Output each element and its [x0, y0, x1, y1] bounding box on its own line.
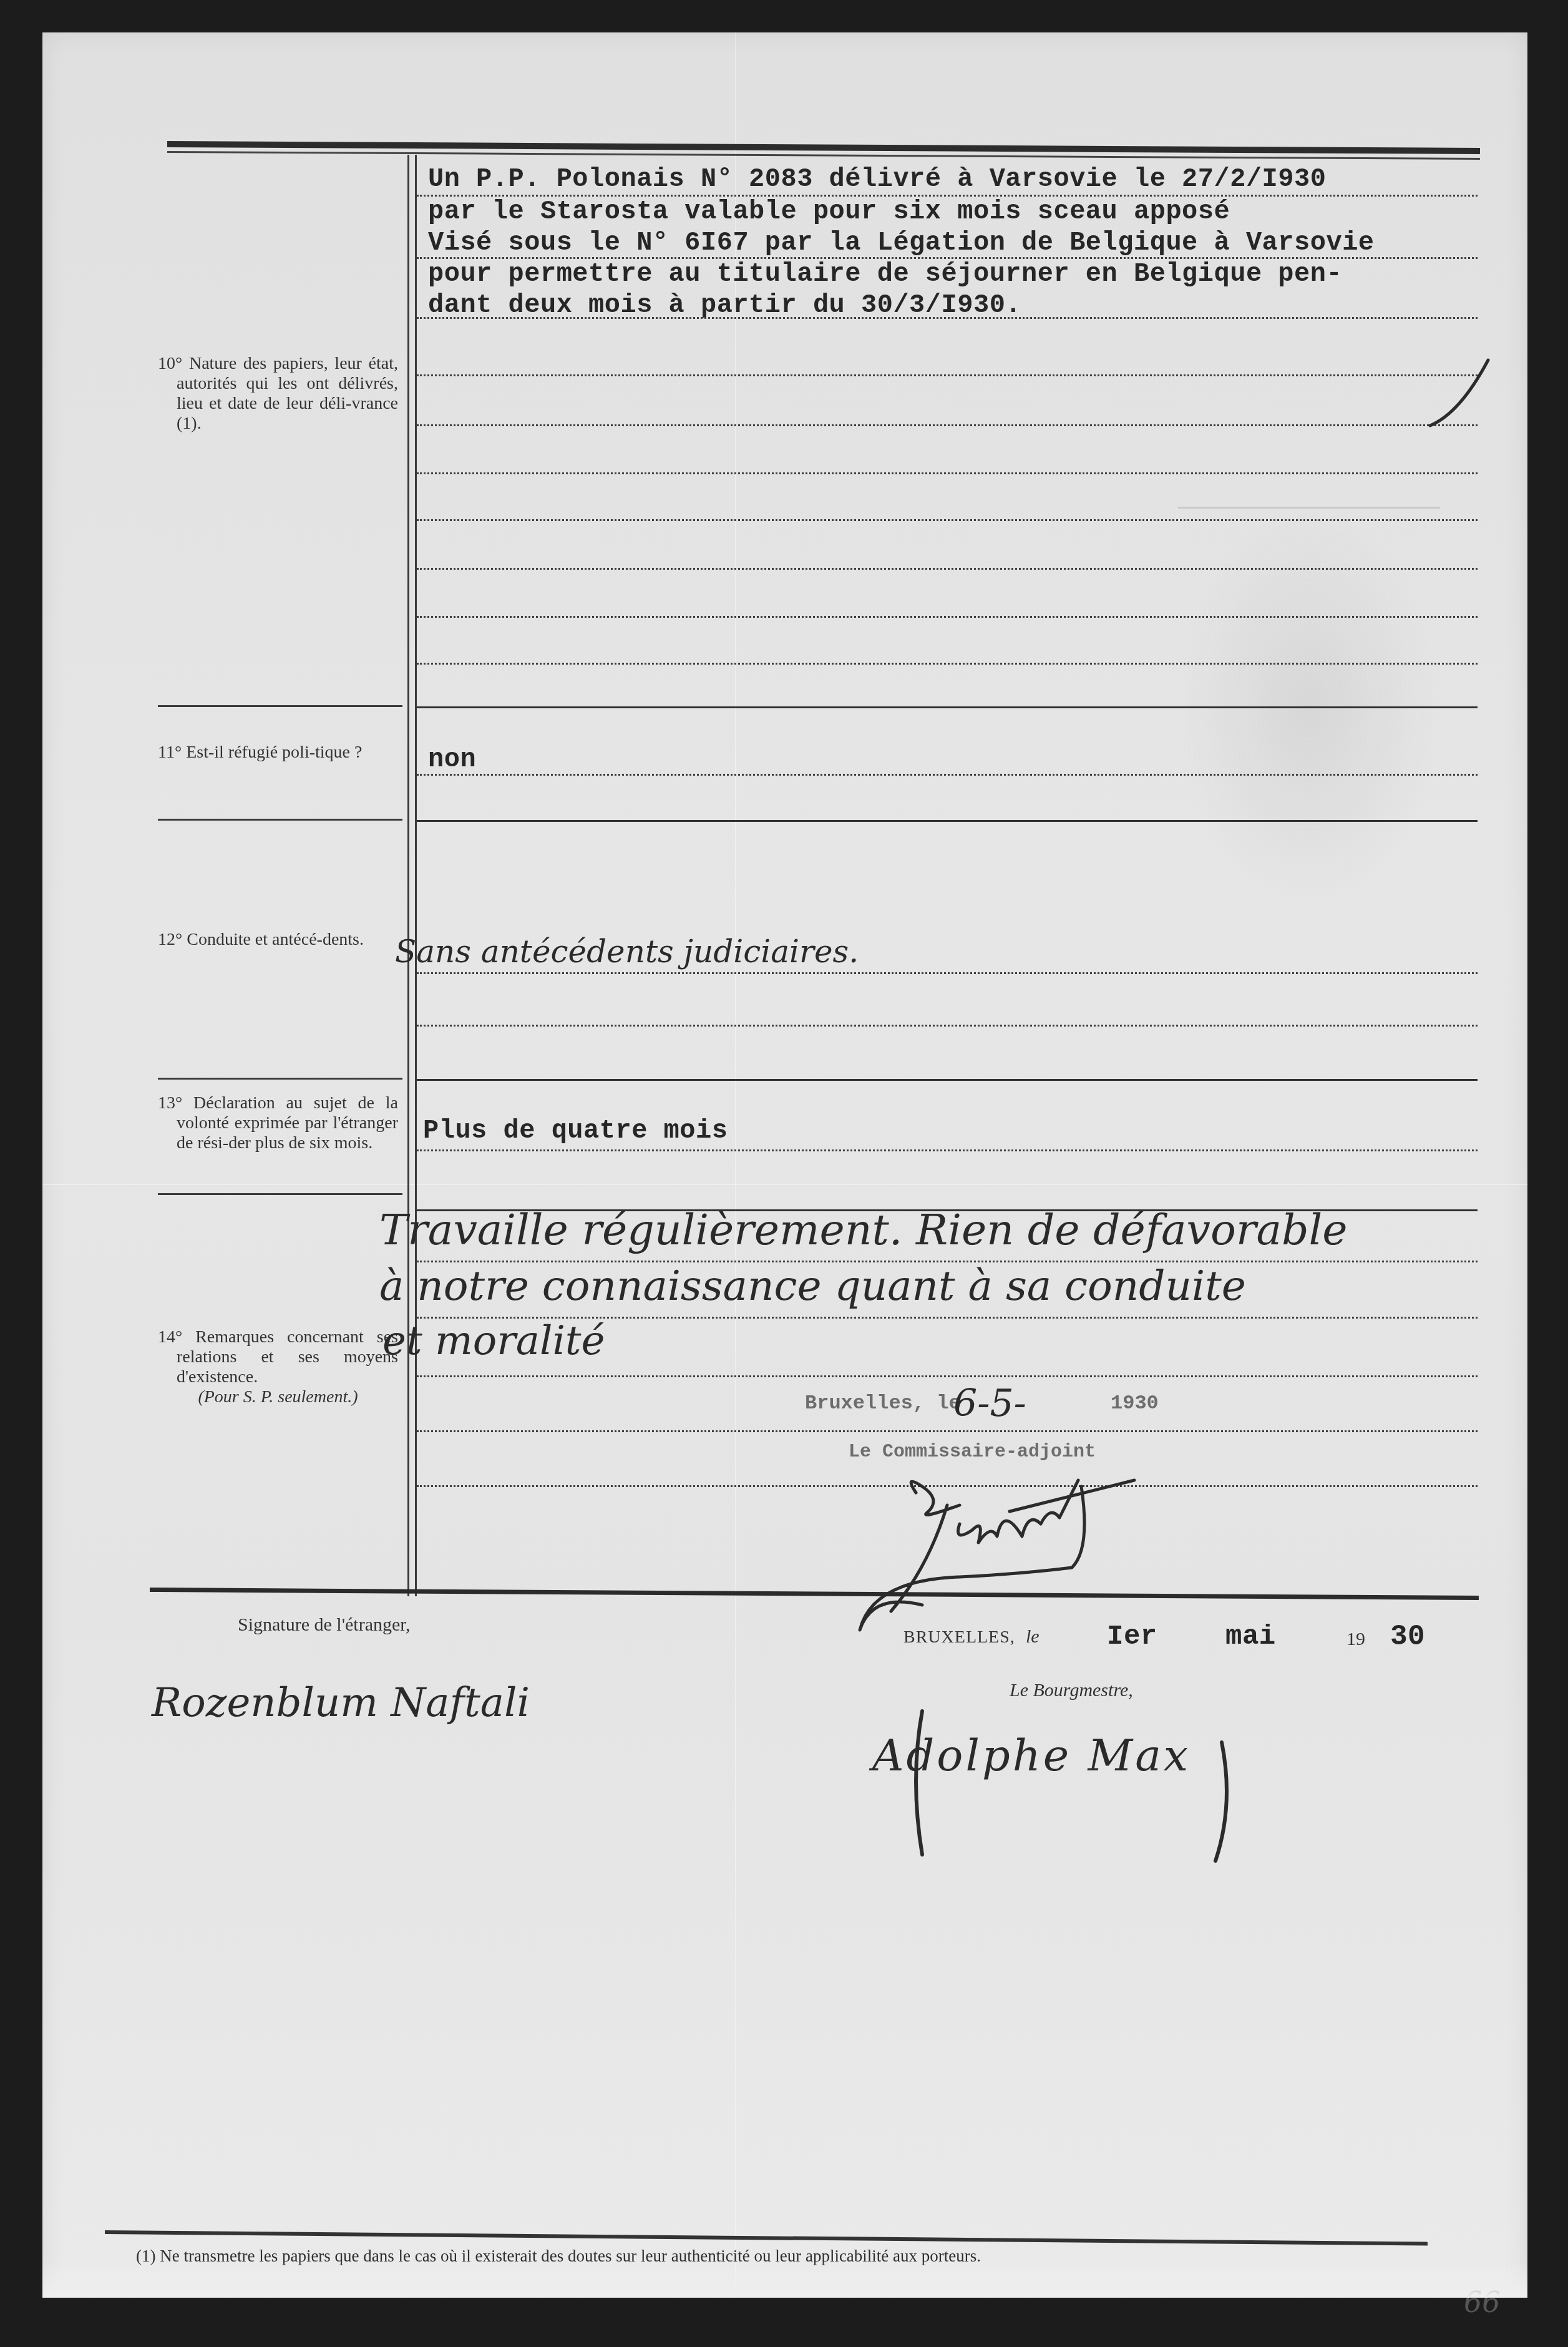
section-14-handwritten-line-1: Travaille régulièrement. Rien de défavor…	[379, 1206, 1347, 1255]
section-10-answer-line-1: Un P.P. Polonais N° 2083 délivré à Varso…	[428, 163, 1326, 195]
ruled-line	[417, 1025, 1478, 1027]
ruled-line	[417, 1430, 1478, 1432]
mayor-title: Le Bourgmestre,	[1010, 1680, 1133, 1701]
section-12-handwritten-answer: Sans antécédents judiciaires.	[395, 934, 859, 970]
section-separator	[158, 1193, 402, 1195]
pen-mark	[1429, 357, 1491, 432]
section-13-label: 13° Déclaration au sujet de la volonté e…	[158, 1093, 398, 1153]
section-separator	[158, 819, 402, 821]
ruled-line	[417, 774, 1478, 776]
ruled-line	[417, 519, 1478, 521]
ruled-line	[417, 1149, 1478, 1151]
document-page: 10° Nature des papiers, leur état, autor…	[42, 32, 1527, 2298]
date-month: mai	[1225, 1621, 1276, 1652]
section-separator	[158, 705, 402, 707]
column-divider	[407, 155, 409, 1596]
ruled-line	[417, 317, 1478, 319]
handwritten-date: 6-5-	[953, 1382, 1026, 1425]
page-number: 66	[1464, 2285, 1501, 2319]
place-bruxelles: BRUXELLES,	[903, 1627, 1015, 1647]
column-divider	[415, 155, 417, 1596]
section-12-label: 12° Conduite et antécé-dents.	[158, 930, 398, 950]
footnote: (1) Ne transmetre les papiers que dans l…	[136, 2247, 981, 2266]
section-10-answer-line-4: pour permettre au titulaire de séjourner…	[428, 258, 1342, 290]
stamp-place-date: Bruxelles, le	[805, 1392, 961, 1415]
ruled-line	[417, 374, 1478, 376]
footnote-rule	[105, 2230, 1428, 2246]
section-10-answer-line-5: dant deux mois à partir du 30/3/I930.	[428, 290, 1021, 321]
section-14-label: 14° Remarques concernant ses relations e…	[158, 1327, 398, 1407]
section-14-handwritten-line-3: et moralité	[382, 1318, 605, 1364]
ruled-line	[417, 972, 1478, 974]
section-11-answer: non	[428, 744, 476, 775]
section-14-handwritten-line-2: à notre connaissance quant à sa conduite	[379, 1262, 1246, 1310]
stamp-year: 1930	[1111, 1392, 1159, 1415]
paper-fold-horizontal	[42, 1184, 1527, 1185]
ruled-line	[417, 663, 1478, 665]
date-century: 19	[1346, 1629, 1365, 1650]
mayor-signature-flourish	[885, 1705, 1259, 1867]
date-le: le	[1026, 1626, 1040, 1647]
section-10-label: 10° Nature des papiers, leur état, autor…	[158, 354, 398, 434]
section-separator	[158, 1078, 402, 1080]
ruled-line	[417, 424, 1478, 426]
ruled-line	[417, 616, 1478, 618]
foreigner-signature: Rozenblum Naftali	[152, 1680, 530, 1726]
section-10-answer-line-2: par le Starosta valable pour six mois sc…	[428, 196, 1230, 227]
ruled-line	[417, 568, 1478, 570]
paper-fold-vertical	[735, 32, 736, 2298]
section-end-rule	[150, 1588, 1479, 1600]
section-11-label: 11° Est-il réfugié poli-tique ?	[158, 743, 398, 763]
ruled-line	[417, 1375, 1478, 1377]
section-10-answer-line-3: Visé sous le N° 6I67 par la Légation de …	[428, 227, 1375, 258]
foreigner-signature-label: Signature de l'étranger,	[238, 1614, 411, 1636]
date-day: Ier	[1107, 1621, 1157, 1652]
date-year: 30	[1390, 1621, 1425, 1652]
section-separator	[417, 820, 1478, 822]
ruled-line	[417, 472, 1478, 474]
stamp-commissaire-adjoint: Le Commissaire-adjoint	[849, 1442, 1096, 1463]
section-13-answer: Plus de quatre mois	[423, 1115, 728, 1146]
section-separator	[417, 1079, 1478, 1081]
section-separator	[417, 706, 1478, 708]
